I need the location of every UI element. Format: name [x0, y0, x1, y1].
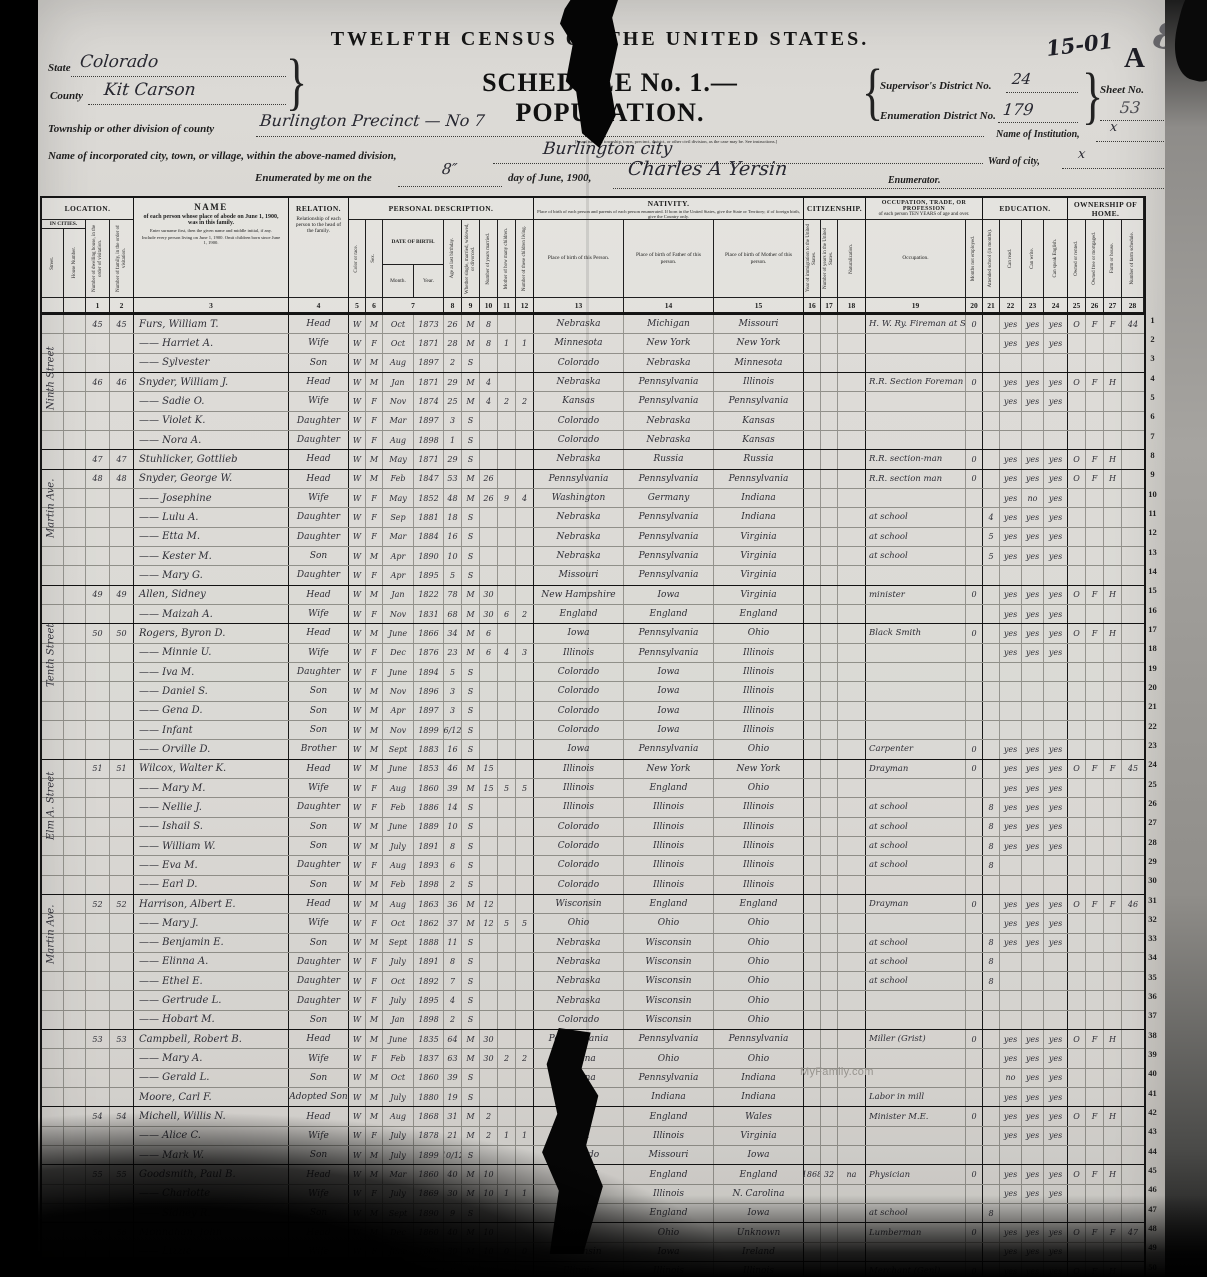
cell-pm: Illinois	[714, 818, 804, 836]
cell-fh	[1104, 682, 1122, 700]
row-number: 7	[1142, 426, 1163, 445]
cell-mc	[498, 972, 516, 990]
cell-iy	[804, 991, 821, 1009]
cell-nm: —— Lulu A.	[134, 508, 289, 526]
cell-mu: 0	[966, 373, 983, 391]
cell-ow	[1068, 740, 1086, 758]
col-pob-mother: Place of birth of Mother of this person.	[714, 220, 804, 298]
cell-ag: 6/12	[444, 721, 462, 739]
col-farm-schedule: Number of farm schedule.	[1122, 220, 1144, 298]
cell-nm: —— Etta M.	[134, 528, 289, 546]
table-row: —— William W.SonWMJuly18918SColoradoIlli…	[42, 836, 1144, 855]
cell-ym: 30	[480, 1049, 498, 1067]
state-value: Colorado	[79, 52, 159, 72]
cell-mu	[966, 798, 983, 816]
row-number: 28	[1142, 832, 1163, 851]
cell-d	[86, 1069, 110, 1087]
cell-mo: June	[383, 818, 414, 836]
cell-ym	[480, 876, 498, 894]
row-number: 34	[1142, 948, 1163, 967]
cell-mc	[498, 1069, 516, 1087]
cell-s: M	[366, 818, 383, 836]
cell-cl	[516, 1011, 534, 1029]
cell-pf: Pennsylvania	[624, 373, 714, 391]
cell-house	[64, 856, 86, 874]
cell-yu	[821, 566, 838, 584]
cell-rel: Son	[289, 547, 349, 565]
cell-ym: 30	[480, 1030, 498, 1048]
cell-nm: —— Nellie J.	[134, 798, 289, 816]
cell-fh: H	[1104, 624, 1122, 642]
cell-f	[110, 856, 134, 874]
cell-c: W	[349, 934, 366, 952]
cell-pf: Wisconsin	[624, 1011, 714, 1029]
cell-wr	[1022, 663, 1044, 681]
cell-fm	[1086, 702, 1104, 720]
cell-d: 45	[86, 315, 110, 333]
cell-sc: 8	[983, 818, 1000, 836]
cell-cl	[516, 740, 534, 758]
cell-rel: Wife	[289, 779, 349, 797]
cell-iy	[804, 412, 821, 430]
cell-s: M	[366, 373, 383, 391]
cell-mc	[498, 663, 516, 681]
cell-ow	[1068, 392, 1086, 410]
county-value: Kit Carson	[103, 80, 197, 100]
cell-yr: 1822	[414, 586, 444, 604]
cell-fs	[1122, 682, 1144, 700]
cell-sc	[983, 412, 1000, 430]
cell-pf: Pennsylvania	[624, 1030, 714, 1048]
cell-rel: Head	[289, 760, 349, 778]
cell-ow	[1068, 721, 1086, 739]
row-number: 29	[1142, 851, 1163, 870]
cell-f	[110, 934, 134, 952]
cell-fm: F	[1086, 895, 1104, 913]
census-scan: { "stamp": { "code": "15-01", "letter": …	[0, 0, 1207, 1277]
cell-d	[86, 412, 110, 430]
cell-mu	[966, 1011, 983, 1029]
city-label: Name of incorporated city, town, or vill…	[48, 150, 397, 162]
cell-c: W	[349, 586, 366, 604]
cell-fm	[1086, 508, 1104, 526]
cell-yr: 1852	[414, 489, 444, 507]
cell-yu	[821, 624, 838, 642]
cell-na	[838, 528, 866, 546]
cell-mc	[498, 991, 516, 1009]
cell-fh: H	[1104, 450, 1122, 468]
cell-s: M	[366, 760, 383, 778]
col-number: 3	[134, 298, 289, 312]
cell-sp: yes	[1044, 1030, 1068, 1048]
cell-na	[838, 470, 866, 488]
cell-sc	[983, 489, 1000, 507]
cell-pm: Illinois	[714, 856, 804, 874]
cell-pb: Colorado	[534, 663, 624, 681]
cell-ms: S	[462, 566, 480, 584]
cell-ag: 29	[444, 450, 462, 468]
cell-iy	[804, 605, 821, 623]
cell-sp: yes	[1044, 586, 1068, 604]
cell-ym: 12	[480, 895, 498, 913]
cell-sc	[983, 334, 1000, 352]
row-number: 19	[1142, 658, 1163, 677]
table-row: —— Eva M.DaughterWFAug18936SColoradoIlli…	[42, 855, 1144, 874]
cell-yu	[821, 934, 838, 952]
cell-fm	[1086, 528, 1104, 546]
cell-fs	[1122, 489, 1144, 507]
cell-oc	[866, 663, 966, 681]
cell-f	[110, 431, 134, 449]
cell-mu: 0	[966, 315, 983, 333]
cell-house	[64, 508, 86, 526]
cell-sp	[1044, 566, 1068, 584]
cell-c: W	[349, 470, 366, 488]
cell-ym	[480, 721, 498, 739]
cell-cl: 2	[516, 605, 534, 623]
cell-mc	[498, 1030, 516, 1048]
cell-yr: 1831	[414, 605, 444, 623]
cell-fs	[1122, 991, 1144, 1009]
cell-fh: F	[1104, 315, 1122, 333]
cell-pf: Nebraska	[624, 431, 714, 449]
cell-f	[110, 1088, 134, 1106]
cell-yr: 1876	[414, 644, 444, 662]
cell-wr: yes	[1022, 508, 1044, 526]
cell-ag: 10	[444, 818, 462, 836]
cell-fh	[1104, 972, 1122, 990]
enumeration-district-value: 179	[1002, 100, 1035, 119]
cell-fm: F	[1086, 1165, 1104, 1183]
cell-c: W	[349, 334, 366, 352]
row-number: 26	[1142, 793, 1163, 812]
cell-pm: Illinois	[714, 721, 804, 739]
cell-fs	[1122, 1107, 1144, 1125]
cell-sc: 8	[983, 856, 1000, 874]
cell-rel: Head	[289, 373, 349, 391]
cell-pm: Illinois	[714, 837, 804, 855]
cell-oc: at school	[866, 547, 966, 565]
township-value: Burlington Precinct — No 7	[259, 111, 486, 130]
cell-cl: 3	[516, 644, 534, 662]
cell-wr	[1022, 876, 1044, 894]
col-free-mortgaged: Owned free or mortgaged.	[1086, 220, 1104, 298]
cell-oc: at school	[866, 798, 966, 816]
cell-c: W	[349, 972, 366, 990]
cell-wr	[1022, 1011, 1044, 1029]
cell-ag: 37	[444, 914, 462, 932]
cell-fh	[1104, 334, 1122, 352]
cell-wr: yes	[1022, 644, 1044, 662]
row-number: 43	[1142, 1122, 1163, 1141]
cell-ym: 30	[480, 605, 498, 623]
cell-ms: S	[462, 1011, 480, 1029]
cell-mc: 2	[498, 1049, 516, 1067]
cell-sc	[983, 373, 1000, 391]
institution-value: x	[1109, 120, 1118, 135]
cell-s: M	[366, 470, 383, 488]
cell-sp: yes	[1044, 508, 1068, 526]
cell-pm: New York	[714, 334, 804, 352]
cell-ym: 15	[480, 779, 498, 797]
cell-sc	[983, 354, 1000, 372]
cell-mu: 0	[966, 895, 983, 913]
cell-rel: Adopted Son	[289, 1088, 349, 1106]
cell-ow	[1068, 934, 1086, 952]
table-row: 5353Campbell, Robert B.HeadWMJune183564M…	[42, 1029, 1144, 1048]
cell-cl	[516, 856, 534, 874]
cell-s: M	[366, 895, 383, 913]
cell-ms: S	[462, 934, 480, 952]
cell-ow: O	[1068, 624, 1086, 642]
cell-mo: Nov	[383, 392, 414, 410]
cell-sc	[983, 392, 1000, 410]
cell-wr: yes	[1022, 895, 1044, 913]
cell-ym	[480, 508, 498, 526]
cell-sc: 5	[983, 528, 1000, 546]
cell-nm: —— Harriet A.	[134, 334, 289, 352]
cell-d	[86, 1049, 110, 1067]
cell-yu	[821, 547, 838, 565]
cell-nm: —— Ethel E.	[134, 972, 289, 990]
cell-c: W	[349, 528, 366, 546]
cell-pb: New Hampshire	[534, 586, 624, 604]
cell-ms: S	[462, 702, 480, 720]
cell-iy	[804, 953, 821, 971]
cell-oc: at school	[866, 934, 966, 952]
cell-na	[838, 644, 866, 662]
cell-oc: minister	[866, 586, 966, 604]
cell-mo: July	[383, 991, 414, 1009]
cell-mo: Mar	[383, 412, 414, 430]
cell-cl	[516, 354, 534, 372]
cell-rd: yes	[1000, 934, 1022, 952]
cell-d: 52	[86, 895, 110, 913]
cell-house	[64, 1069, 86, 1087]
col-number: 16	[804, 298, 821, 312]
cell-fs	[1122, 914, 1144, 932]
cell-sc	[983, 702, 1000, 720]
row-number: 20	[1142, 677, 1163, 696]
cell-ow	[1068, 508, 1086, 526]
cell-oc: Miller (Grist)	[866, 1030, 966, 1048]
cell-mo: Feb	[383, 876, 414, 894]
cell-ow	[1068, 876, 1086, 894]
cell-c: W	[349, 779, 366, 797]
cell-f: 52	[110, 895, 134, 913]
cell-c: W	[349, 547, 366, 565]
cell-na	[838, 663, 866, 681]
cell-ag: 5	[444, 663, 462, 681]
cell-ms: S	[462, 354, 480, 372]
cell-wr	[1022, 566, 1044, 584]
cell-yr: 1889	[414, 818, 444, 836]
cell-fh	[1104, 1011, 1122, 1029]
cell-sp: yes	[1044, 605, 1068, 623]
cell-house	[64, 1011, 86, 1029]
cell-sc	[983, 779, 1000, 797]
cell-house	[64, 1030, 86, 1048]
cell-fh	[1104, 991, 1122, 1009]
cell-ms: S	[462, 431, 480, 449]
cell-na	[838, 837, 866, 855]
col-date-of-birth: DATE OF BIRTH.	[383, 220, 444, 265]
cell-iy	[804, 798, 821, 816]
cell-mu	[966, 431, 983, 449]
cell-fs	[1122, 354, 1144, 372]
cell-sp	[1044, 702, 1068, 720]
cell-yr: 1891	[414, 953, 444, 971]
cell-ow	[1068, 837, 1086, 855]
cell-ow: O	[1068, 586, 1086, 604]
cell-fm	[1086, 1088, 1104, 1106]
cell-mo: July	[383, 953, 414, 971]
cell-nm: —— Sadie O.	[134, 392, 289, 410]
cell-rel: Daughter	[289, 798, 349, 816]
cell-sp: yes	[1044, 315, 1068, 333]
cell-nm: —— Minnie U.	[134, 644, 289, 662]
cell-fm: F	[1086, 760, 1104, 778]
cell-nm: —— Infant	[134, 721, 289, 739]
cell-rd	[1000, 721, 1022, 739]
cell-ym	[480, 682, 498, 700]
cell-na	[838, 412, 866, 430]
cell-yr: 1866	[414, 624, 444, 642]
cell-s: F	[366, 779, 383, 797]
cell-iy	[804, 1088, 821, 1106]
street-name: Elm A. Street	[41, 742, 61, 870]
cell-c: W	[349, 1088, 366, 1106]
brace-glyph: }	[286, 45, 307, 119]
cell-s: M	[366, 547, 383, 565]
cell-mo: July	[383, 837, 414, 855]
col-years-in-us: Number of years in the United States.	[821, 220, 838, 298]
cell-d	[86, 876, 110, 894]
col-relation-sub: Relationship of each person to the head …	[294, 216, 343, 234]
cell-house	[64, 489, 86, 507]
table-row: —— Kester M.SonWMApr189010SNebraskaPenns…	[42, 546, 1144, 565]
cell-wr: yes	[1022, 779, 1044, 797]
cell-oc	[866, 412, 966, 430]
cell-iy	[804, 972, 821, 990]
cell-yu	[821, 837, 838, 855]
cell-pf: Indiana	[624, 1088, 714, 1106]
cell-mc	[498, 702, 516, 720]
cell-sc	[983, 1011, 1000, 1029]
cell-mc	[498, 586, 516, 604]
cell-pm: Ohio	[714, 953, 804, 971]
cell-rd: yes	[1000, 837, 1022, 855]
cell-s: F	[366, 412, 383, 430]
cell-fm	[1086, 431, 1104, 449]
cell-mu: 0	[966, 1030, 983, 1048]
cell-wr: yes	[1022, 315, 1044, 333]
table-row: —— Sadie O.WifeWFNov187425M422KansasPenn…	[42, 391, 1144, 410]
cell-fh	[1104, 605, 1122, 623]
cell-yr: 1881	[414, 508, 444, 526]
table-row: 5151Wilcox, Walter K.HeadWMJune185346M15…	[42, 759, 1144, 778]
cell-pb: Colorado	[534, 702, 624, 720]
col-name-sub: of each person whose place of abode on J…	[143, 214, 279, 226]
cell-mo: Apr	[383, 547, 414, 565]
cell-wr: yes	[1022, 1165, 1044, 1183]
row-number: 24	[1142, 755, 1163, 774]
table-row: 4545Furs, William T.HeadWMOct187326M8Neb…	[42, 314, 1144, 333]
cell-fm	[1086, 1011, 1104, 1029]
cell-yr: 1883	[414, 740, 444, 758]
cell-mc: 9	[498, 489, 516, 507]
cell-fh	[1104, 953, 1122, 971]
cell-fs	[1122, 373, 1144, 391]
cell-na	[838, 818, 866, 836]
cell-fm: F	[1086, 624, 1104, 642]
cell-ms: S	[462, 1069, 480, 1087]
cell-fh	[1104, 798, 1122, 816]
cell-cl	[516, 431, 534, 449]
cell-ms: M	[462, 644, 480, 662]
cell-f	[110, 740, 134, 758]
cell-pm: Pennsylvania	[714, 470, 804, 488]
cell-sp: yes	[1044, 450, 1068, 468]
cell-iy	[804, 528, 821, 546]
cell-fh	[1104, 876, 1122, 894]
cell-ms: M	[462, 315, 480, 333]
cell-ag: 18	[444, 508, 462, 526]
cell-yu	[821, 721, 838, 739]
cell-sp: yes	[1044, 489, 1068, 507]
cell-yu	[821, 953, 838, 971]
cell-c: W	[349, 1049, 366, 1067]
cell-d	[86, 547, 110, 565]
cell-ag: 4	[444, 991, 462, 1009]
row-number: 38	[1142, 1025, 1163, 1044]
cell-pm: Illinois	[714, 682, 804, 700]
cell-ms: S	[462, 663, 480, 681]
cell-ms: M	[462, 914, 480, 932]
cell-rd	[1000, 663, 1022, 681]
cell-mu	[966, 605, 983, 623]
cell-fs	[1122, 818, 1144, 836]
cell-fm	[1086, 856, 1104, 874]
table-row: —— InfantSonWMNov18996/12SColoradoIowaIl…	[42, 720, 1144, 739]
cell-s: M	[366, 1030, 383, 1048]
cell-pf: Nebraska	[624, 354, 714, 372]
row-number: 6	[1142, 407, 1163, 426]
cell-f	[110, 1049, 134, 1067]
fold-line	[586, 140, 589, 1040]
col-attended-school: Attended school (in months).	[983, 220, 1000, 298]
row-number: 4	[1142, 368, 1163, 387]
cell-c: W	[349, 876, 366, 894]
cell-fm	[1086, 644, 1104, 662]
cell-na	[838, 760, 866, 778]
table-row: —— Maizah A.WifeWFNov183168M3062EnglandE…	[42, 604, 1144, 623]
cell-f	[110, 663, 134, 681]
cell-mo: Dec	[383, 644, 414, 662]
cell-f	[110, 412, 134, 430]
cell-mu	[966, 934, 983, 952]
cell-sc	[983, 566, 1000, 584]
cell-c: W	[349, 702, 366, 720]
cell-pf: New York	[624, 334, 714, 352]
cell-mc	[498, 566, 516, 584]
cell-pf: Pennsylvania	[624, 470, 714, 488]
cell-fs	[1122, 1165, 1144, 1183]
cell-ms: S	[462, 1088, 480, 1106]
col-number: 5	[349, 298, 366, 312]
cell-ow	[1068, 431, 1086, 449]
cell-rd	[1000, 682, 1022, 700]
